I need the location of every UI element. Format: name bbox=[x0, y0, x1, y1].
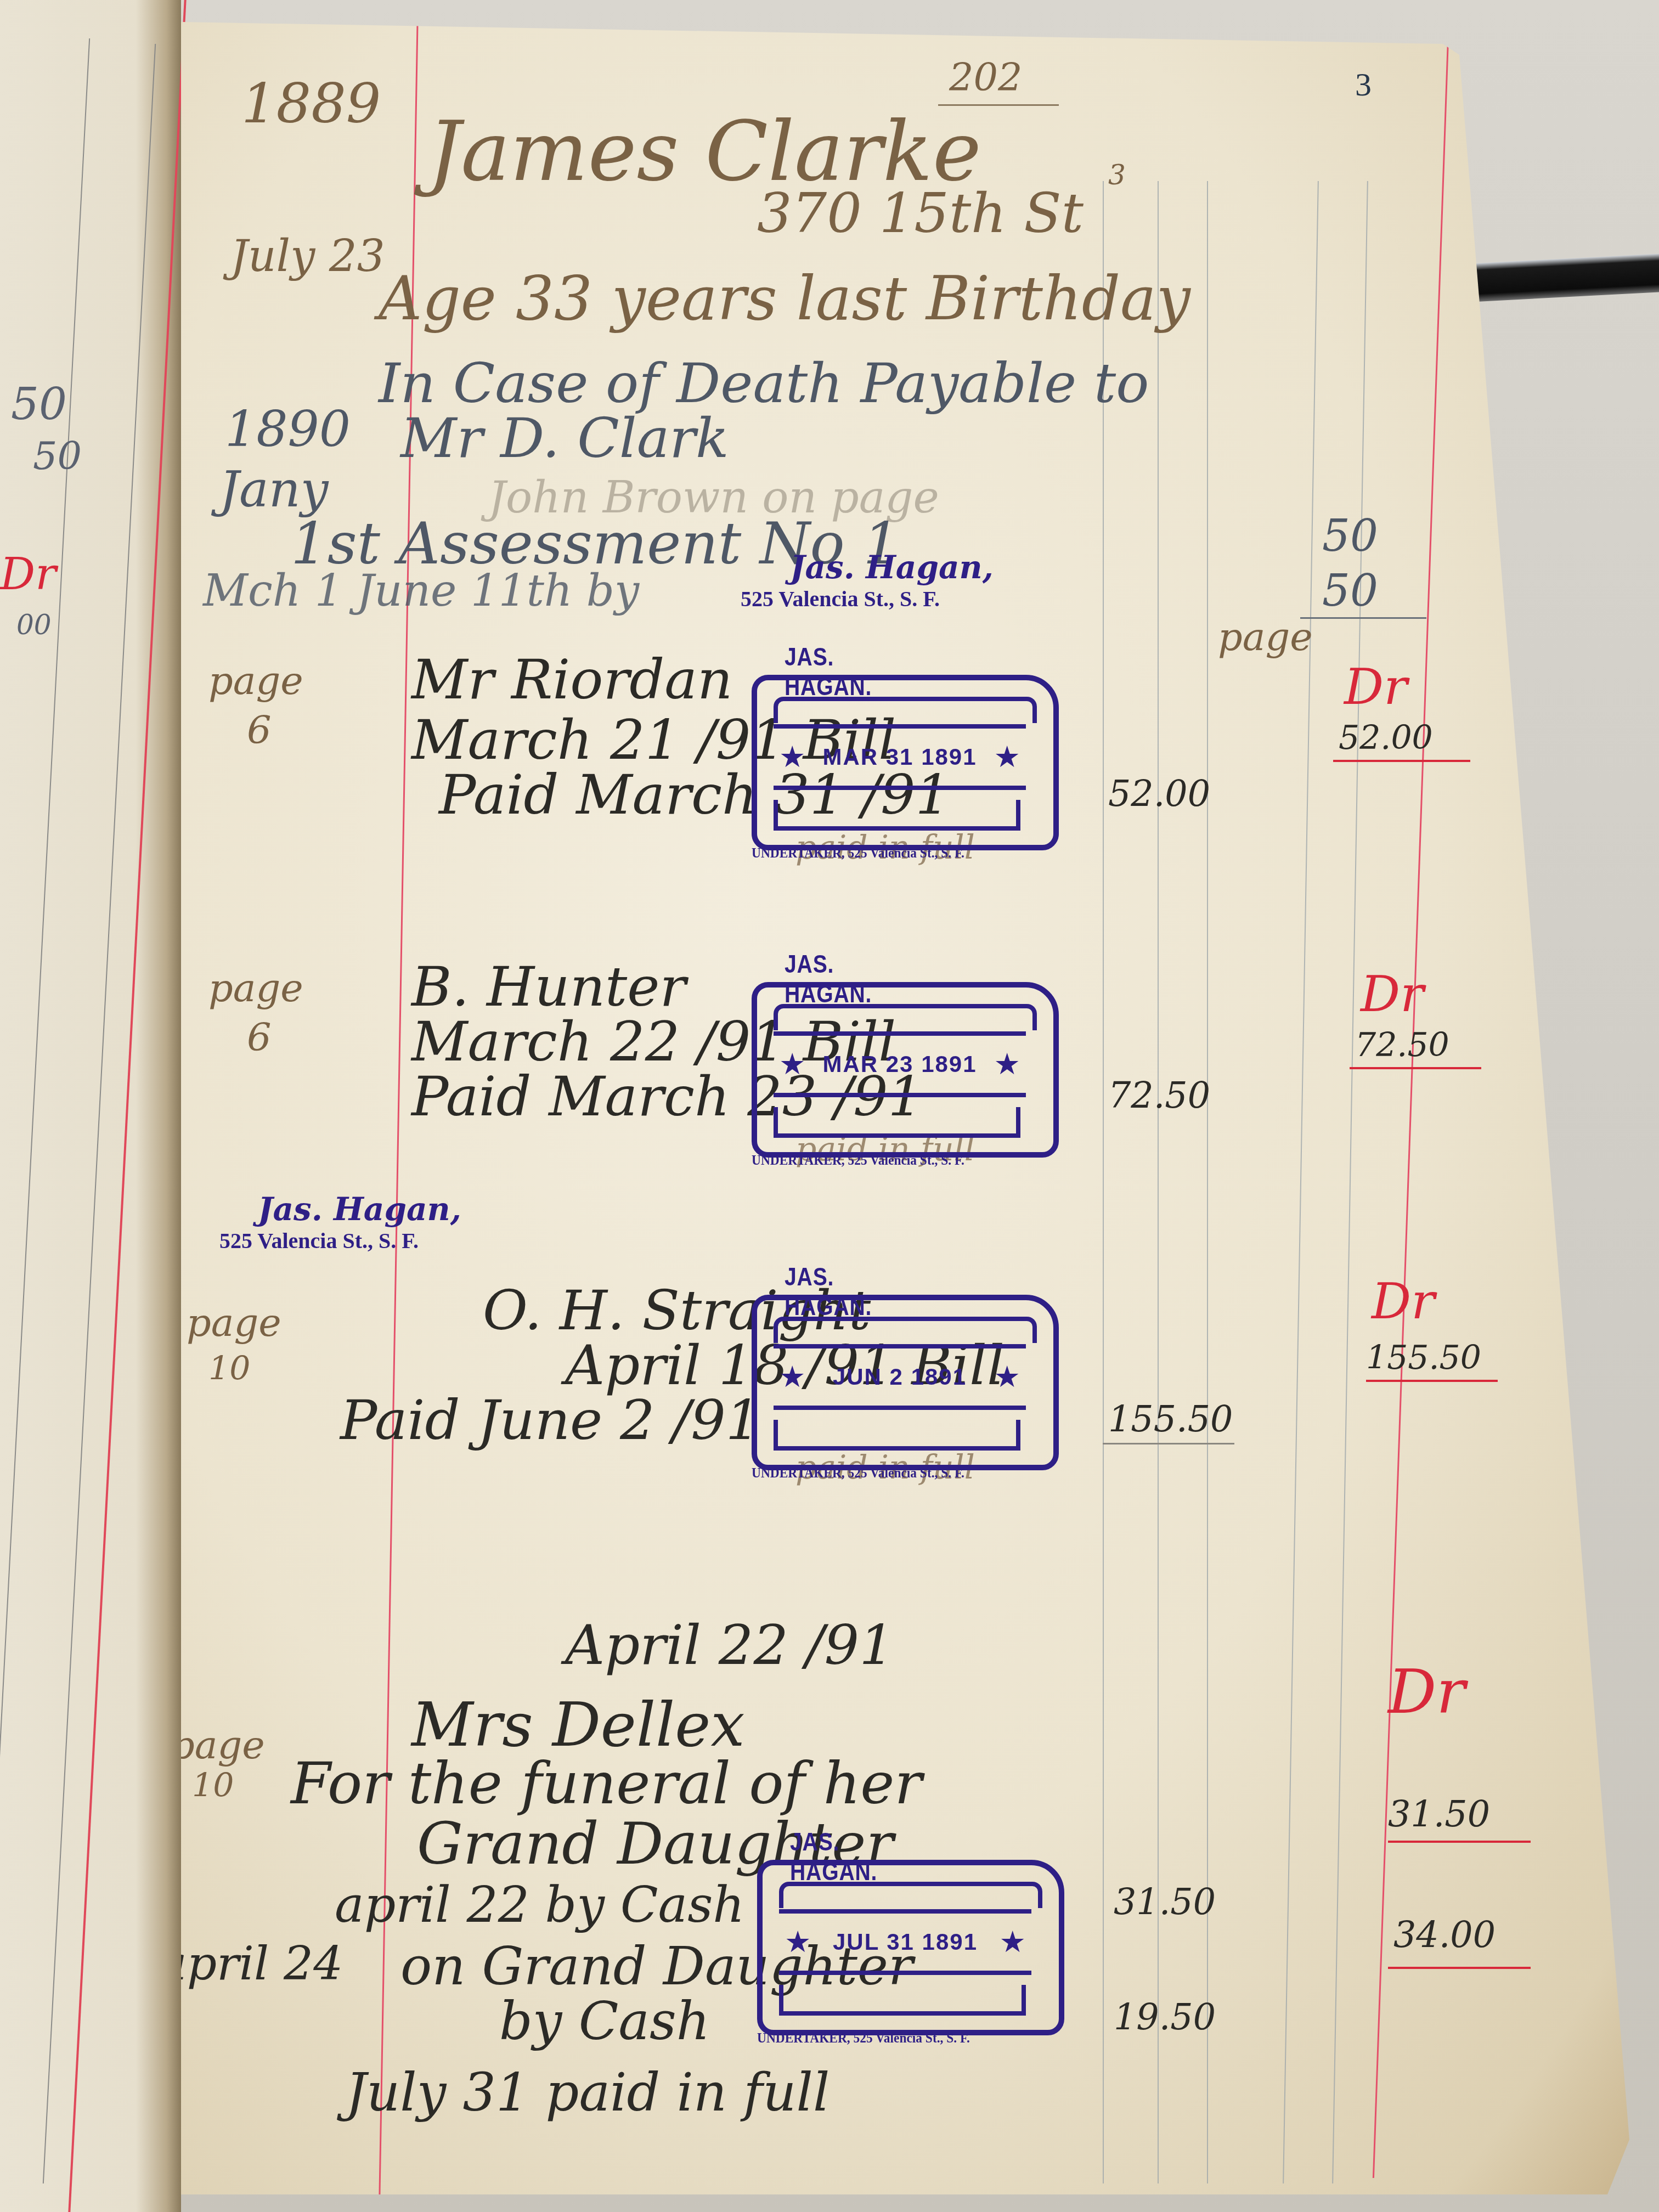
cash-line-1: april 22 by Cash bbox=[335, 1876, 744, 1934]
previous-amount: 50 bbox=[11, 379, 67, 430]
entry-paid-amount: 72.50 bbox=[1108, 1075, 1210, 1116]
stamp-footer: UNDERTAKER, 525 Valencia St., S. F. bbox=[757, 2030, 970, 2046]
dr-underline bbox=[1350, 1067, 1481, 1069]
star-icon: ★ bbox=[785, 1927, 811, 1957]
dr-label: Dr bbox=[1361, 966, 1424, 1023]
stamp-date: MAR 31 1891 bbox=[822, 744, 977, 770]
entry-page-label: page bbox=[208, 658, 303, 703]
dr-underline bbox=[1333, 760, 1470, 762]
cash-amount-2: 19.50 bbox=[1114, 1997, 1216, 2038]
signature-stamp-name: Jas. Hagan, bbox=[790, 549, 994, 586]
column-rule bbox=[1283, 181, 1319, 2183]
ledger-page: 3 202 1889 July 23 James Clarke 370 15th… bbox=[181, 22, 1629, 2194]
entry-name: Mrs Dellex bbox=[411, 1690, 744, 1760]
dr-label: Dr bbox=[1344, 658, 1407, 716]
previous-page-rule bbox=[0, 38, 90, 2178]
folio-number: 202 bbox=[949, 55, 1023, 100]
signature-stamp: Jas. Hagan, 525 Valencia St., S. F. bbox=[219, 1190, 461, 1254]
stamp-date-band: ★ MAR 23 1891 ★ bbox=[774, 1031, 1026, 1097]
entry-paid-amount: 155.50 bbox=[1108, 1399, 1233, 1440]
header-year: 1889 bbox=[241, 71, 381, 136]
stamp-footer: UNDERTAKER, 525 Valencia St., S. F. bbox=[752, 845, 964, 861]
dr-amount-1: 31.50 bbox=[1388, 1794, 1490, 1835]
red-margin-line-right bbox=[1373, 38, 1449, 2178]
member-age: Age 33 years last Birthday bbox=[379, 263, 1190, 334]
assessment-amount: 50 bbox=[1322, 510, 1378, 561]
cash-line-2b: by Cash bbox=[499, 1991, 710, 2052]
page-number: 3 bbox=[1355, 66, 1372, 104]
dr-label: Dr bbox=[1372, 1273, 1435, 1330]
stamp-footer: UNDERTAKER, 525 Valencia St., S. F. bbox=[752, 1465, 964, 1481]
dr-amount: 155.50 bbox=[1366, 1339, 1481, 1377]
star-icon: ★ bbox=[1000, 1927, 1026, 1957]
entry-line-1: For the funeral of her bbox=[291, 1750, 922, 1817]
cash-amount-1: 31.50 bbox=[1114, 1882, 1216, 1923]
previous-page: 50 50 Dr 00 bbox=[0, 0, 181, 2212]
payment-underline bbox=[1300, 617, 1426, 619]
star-icon: ★ bbox=[779, 1049, 805, 1079]
column-rule bbox=[1332, 181, 1368, 2183]
signature-stamp-name: Jas. Hagan, bbox=[258, 1190, 461, 1228]
final-line: July 31 paid in full bbox=[346, 2063, 830, 2123]
entry-page-label: page bbox=[170, 1723, 265, 1768]
header-date: July 23 bbox=[230, 230, 385, 281]
entry-page-ref: 10 bbox=[208, 1350, 250, 1388]
entry-name: Mr Riordan bbox=[411, 647, 732, 712]
stamp-date: MAR 23 1891 bbox=[822, 1051, 977, 1077]
stamp-date-band: ★ MAR 31 1891 ★ bbox=[774, 724, 1026, 790]
address-superscript: 3 bbox=[1108, 159, 1126, 191]
paid-underline bbox=[1103, 1443, 1234, 1444]
signature-stamp: Jas. Hagan, 525 Valencia St., S. F. bbox=[741, 549, 994, 612]
entry-page-label: page bbox=[187, 1300, 281, 1345]
previous-page-red-margin bbox=[68, 0, 186, 2212]
payment-line: Mch 1 June 11th by bbox=[203, 565, 639, 616]
star-icon: ★ bbox=[994, 1362, 1020, 1392]
beneficiary-name: Mr D. Clark bbox=[400, 406, 729, 470]
dr-amount: 72.50 bbox=[1355, 1026, 1449, 1064]
signature-stamp-address: 525 Valencia St., S. F. bbox=[741, 586, 994, 612]
header-year-2: 1890 bbox=[225, 400, 351, 458]
member-address: 370 15th St bbox=[757, 181, 1084, 245]
stamp-date-band: ★ JUL 31 1891 ★ bbox=[779, 1909, 1031, 1975]
previous-dr-label: Dr bbox=[0, 549, 56, 600]
star-icon: ★ bbox=[779, 1362, 805, 1392]
stamp-date: JUL 31 1891 bbox=[833, 1929, 978, 1955]
stamp-footer: UNDERTAKER, 525 Valencia St., S. F. bbox=[752, 1152, 964, 1169]
dr-amount: 52.00 bbox=[1339, 719, 1433, 757]
previous-page-rule bbox=[43, 44, 156, 2183]
stamp-date-band: ★ JUN 2 1891 ★ bbox=[774, 1344, 1026, 1410]
entry-page-ref: 6 bbox=[247, 1015, 272, 1060]
signature-stamp-address: 525 Valencia St., S. F. bbox=[219, 1228, 461, 1254]
dr-underline bbox=[1388, 1841, 1531, 1843]
star-icon: ★ bbox=[994, 1049, 1020, 1079]
entry-paid-line: Paid June 2 /91 bbox=[340, 1388, 760, 1452]
dr-underline bbox=[1366, 1380, 1498, 1382]
previous-amount: 50 bbox=[33, 433, 82, 478]
entry-page-ref: 10 bbox=[192, 1767, 234, 1805]
payment-amount: 50 bbox=[1322, 565, 1378, 616]
star-icon: ★ bbox=[994, 742, 1020, 772]
dr-underline bbox=[1388, 1967, 1531, 1969]
right-page-label: page bbox=[1218, 614, 1313, 659]
column-rule bbox=[1103, 181, 1104, 2183]
stamp-date: JUN 2 1891 bbox=[833, 1364, 967, 1390]
entry-page-ref: 6 bbox=[247, 708, 272, 753]
dr-label: Dr bbox=[1388, 1657, 1465, 1727]
cash-date-2: april 24 bbox=[159, 1937, 343, 1991]
entry-paid-amount: 52.00 bbox=[1108, 774, 1210, 815]
previous-amount-bottom: 00 bbox=[16, 609, 52, 641]
star-icon: ★ bbox=[779, 742, 805, 772]
entry-page-label: page bbox=[208, 966, 303, 1011]
dr-amount-2: 34.00 bbox=[1393, 1915, 1496, 1956]
entry-date-line: April 22 /91 bbox=[565, 1613, 894, 1677]
